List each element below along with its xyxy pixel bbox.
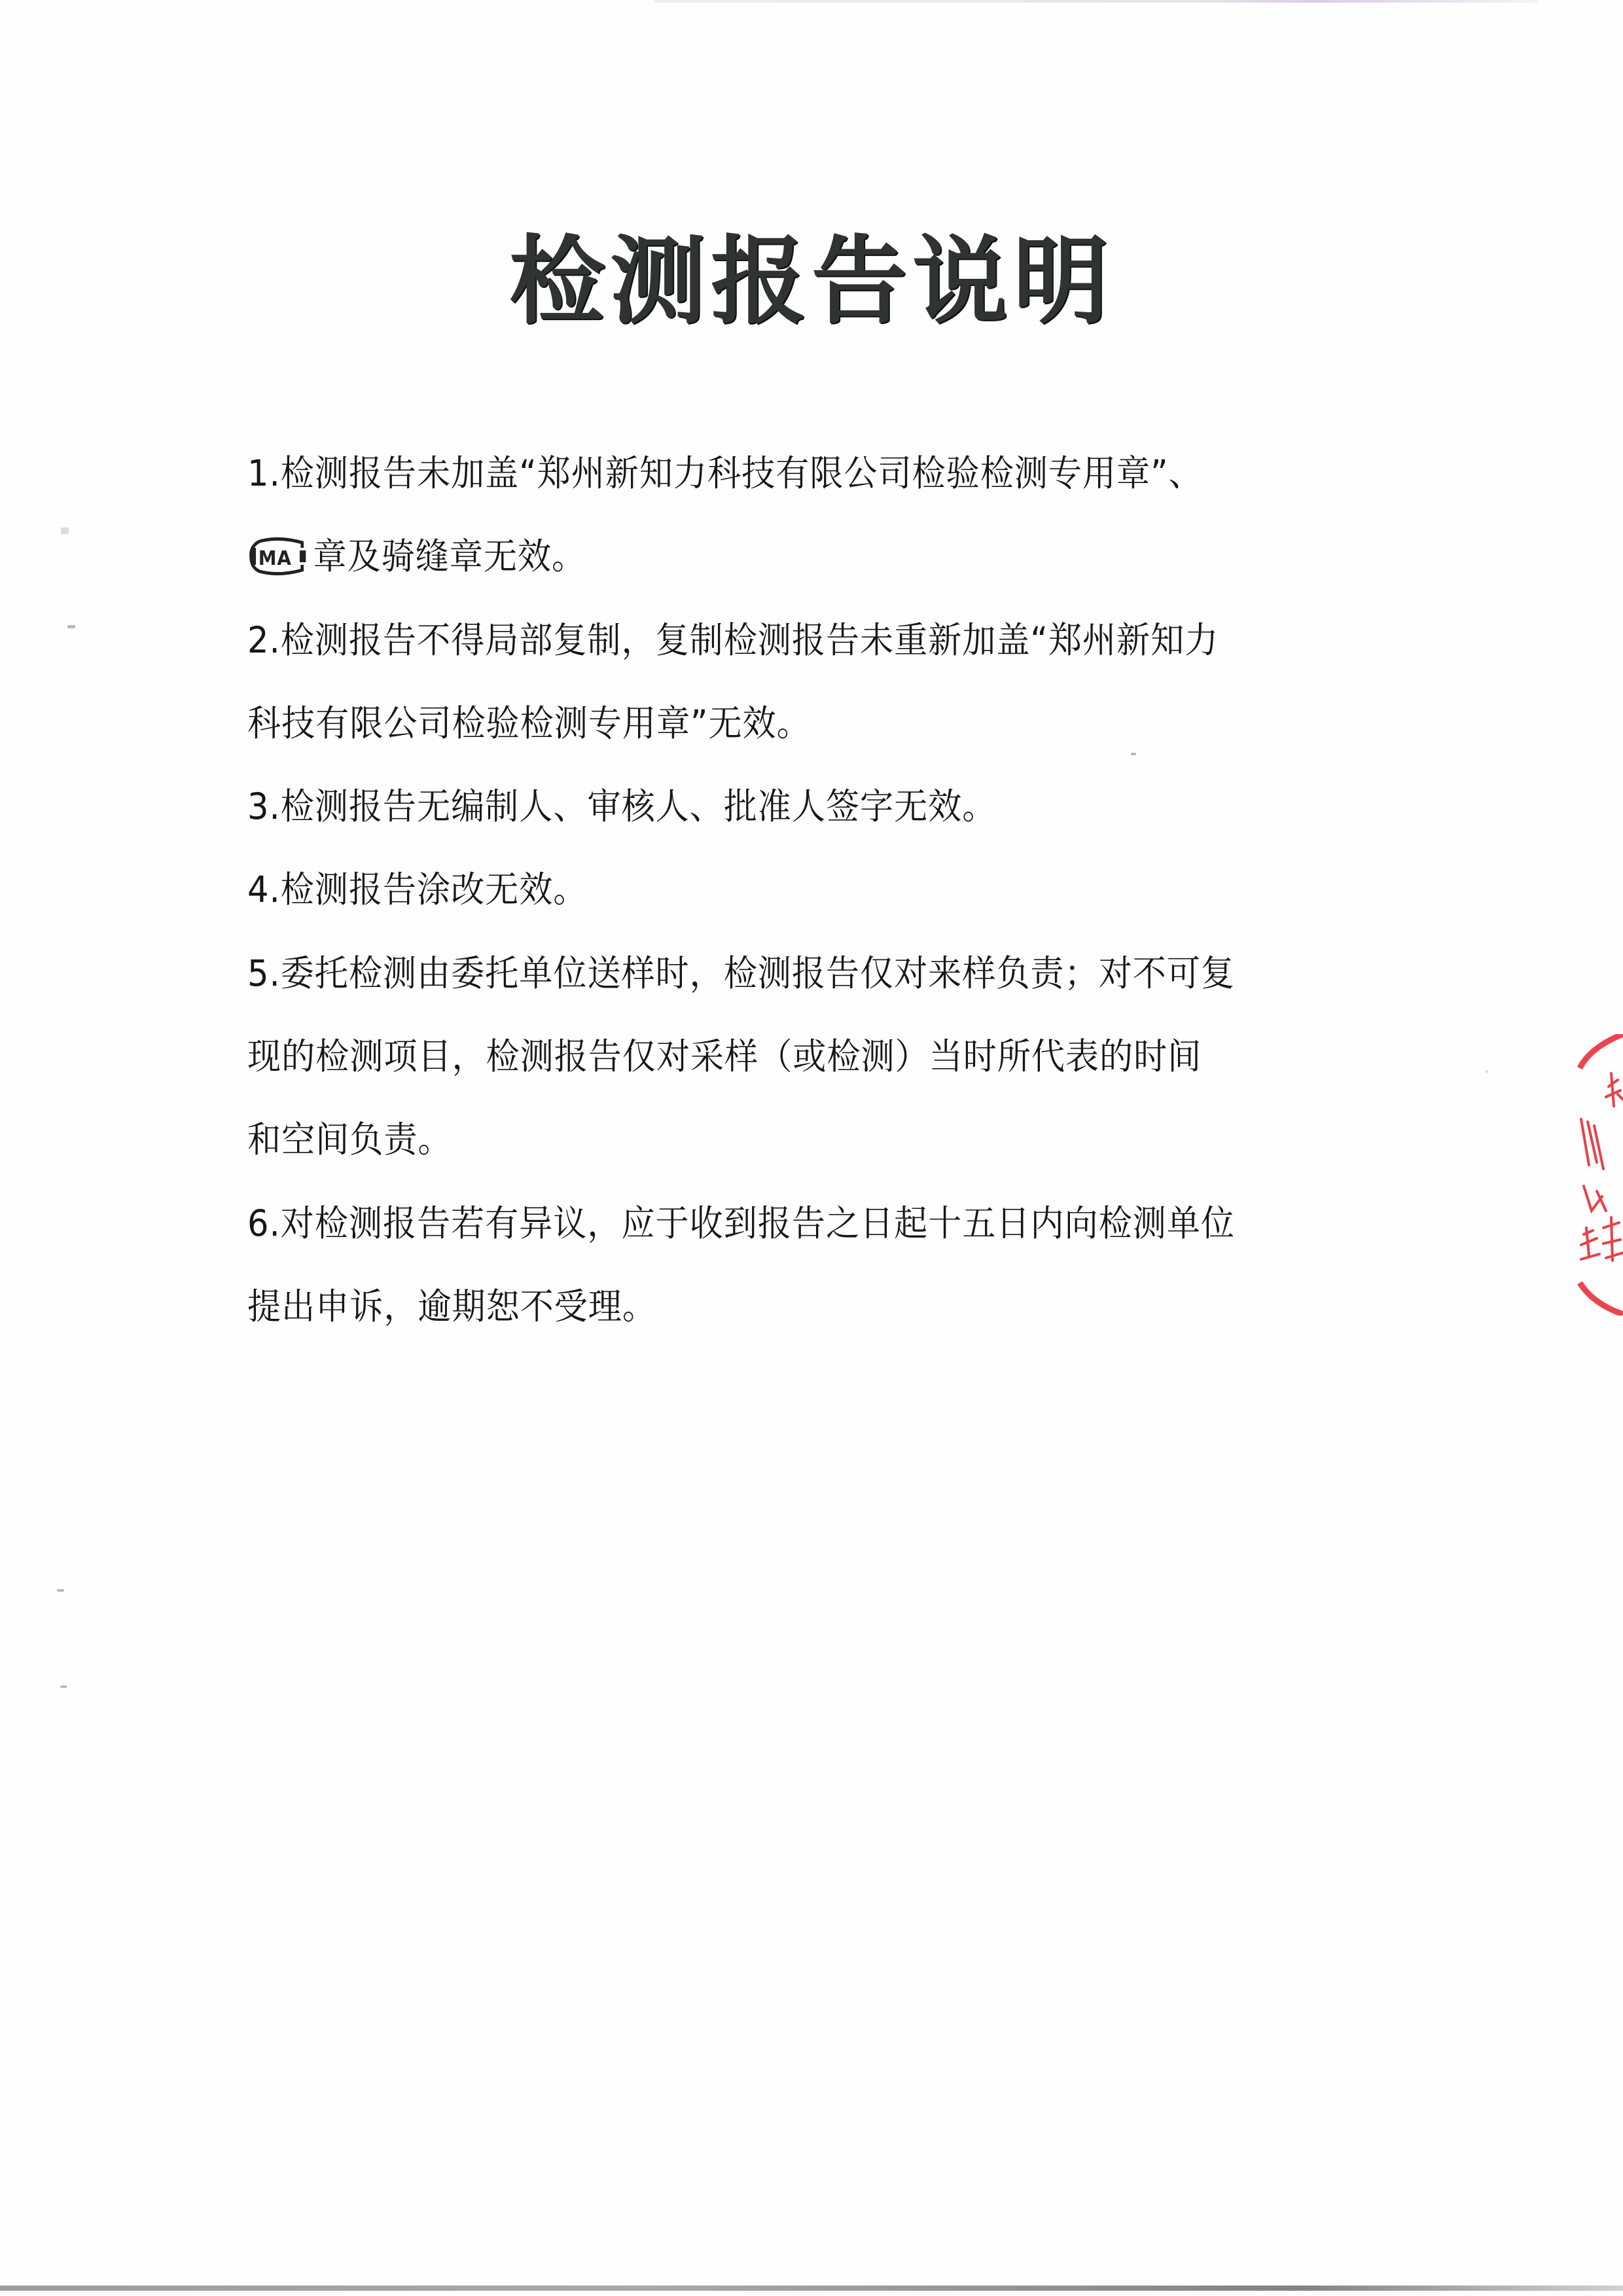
scan-edge-shadow: [0, 2286, 1623, 2291]
inspection-stamp-partial: [1577, 1034, 1623, 1316]
notice-line-5: 3.检测报告无编制人、审核人、批准人签字无效。: [247, 765, 1270, 848]
notice-line-2: MA 章及骑缝章无效。: [247, 515, 1270, 598]
notice-line-6: 4.检测报告涂改无效。: [247, 848, 1270, 931]
scan-artifact-2: [67, 625, 75, 628]
stamp-seal-icon: [1577, 1034, 1623, 1316]
notice-line-9: 和空间负责。: [247, 1098, 1270, 1181]
svg-text:MA: MA: [259, 547, 292, 569]
cma-logo-icon: MA: [247, 537, 311, 575]
notice-line-2-text: 章及骑缝章无效。: [313, 535, 586, 577]
notice-line-3: 2.检测报告不得局部复制，复制检测报告未重新加盖“郑州新知力: [247, 599, 1270, 682]
notice-line-7: 5.委托检测由委托单位送样时，检测报告仅对来样负责；对不可复: [247, 932, 1270, 1015]
scan-artifact-4: [60, 1685, 67, 1688]
document-page: 检测报告说明 1.检测报告未加盖“郑州新知力科技有限公司检验检测专用章”、 MA…: [0, 0, 1623, 2296]
scan-artifact-6: [1486, 1070, 1488, 1073]
notice-line-1: 1.检测报告未加盖“郑州新知力科技有限公司检验检测专用章”、: [247, 432, 1270, 515]
notice-body: 1.检测报告未加盖“郑州新知力科技有限公司检验检测专用章”、 MA 章及骑缝章无…: [247, 432, 1347, 1348]
notice-line-10: 6.对检测报告若有异议，应于收到报告之日起十五日内向检测单位: [247, 1182, 1270, 1265]
scan-artifact-1: [61, 528, 69, 534]
page-title: 检测报告说明: [0, 216, 1623, 347]
scan-artifact-top: [654, 0, 1538, 3]
scan-artifact-3: [57, 1589, 64, 1592]
scan-artifact-5: [1131, 753, 1136, 755]
notice-line-4: 科技有限公司检验检测专用章”无效。: [247, 682, 1270, 765]
notice-line-11: 提出申诉，逾期恕不受理。: [247, 1265, 1270, 1348]
notice-line-8: 现的检测项目，检测报告仅对采样（或检测）当时所代表的时间: [247, 1015, 1270, 1098]
